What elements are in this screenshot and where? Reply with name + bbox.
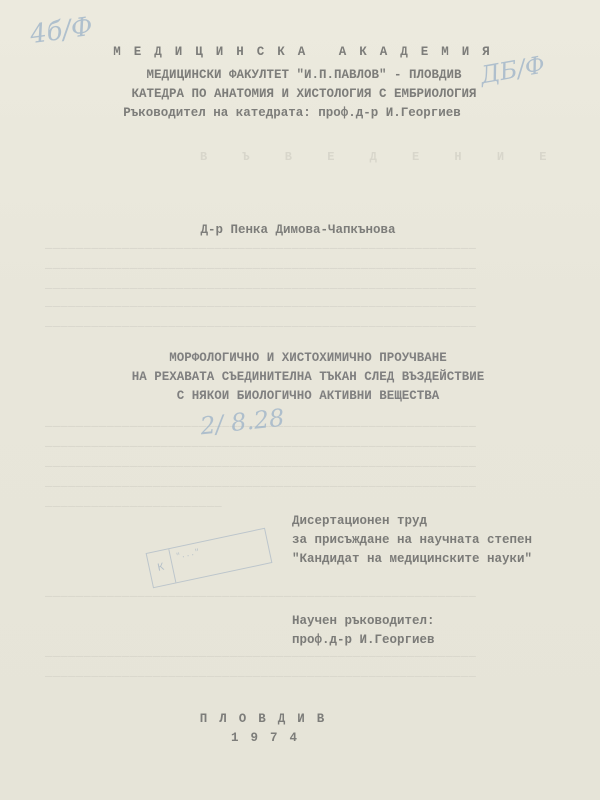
bleed-through-text: ────────────────────────────────────────…	[45, 300, 590, 314]
stamp-text: "..."	[175, 546, 201, 564]
year: 1974	[0, 731, 570, 745]
bleed-through-text: ────────────────────────────────────────…	[45, 320, 590, 334]
bleed-through-text: ────────────────────────────────────────…	[45, 480, 590, 494]
bleed-through-text: ────────────────────────────────────────…	[45, 262, 590, 276]
dissertation-purpose: за присъждане на научната степен	[292, 533, 532, 547]
bleed-through-text: ────────────────────────────────────────…	[45, 460, 590, 474]
faculty-heading: МЕДИЦИНСКИ ФАКУЛТЕТ "И.П.ПАВЛОВ" - ПЛОВД…	[4, 68, 600, 82]
dissertation-degree: "Кандидат на медицинските науки"	[292, 552, 532, 566]
bleed-through-text: ────────────────────────────────────────…	[45, 670, 590, 684]
bleed-through-text: ────────────────────────────────────────…	[45, 282, 590, 296]
library-stamp: К "..."	[146, 528, 273, 589]
dissertation-label: Дисертационен труд	[292, 514, 427, 528]
department-heading: КАТЕДРА ПО АНАТОМИЯ И ХИСТОЛОГИЯ С ЕМБРИ…	[4, 87, 600, 101]
title-line-1: МОРФОЛОГИЧНО И ХИСТОХИМИЧНО ПРОУЧВАНЕ	[8, 351, 600, 365]
handwritten-note-middle: 2/ 8.28	[199, 404, 286, 441]
document-page: В Ъ В Е Д Е Н И Е ──────────────────────…	[0, 0, 600, 800]
supervisor-label: Научен ръководител:	[292, 614, 435, 628]
bleed-through-text: ────────────────────────────────────────…	[45, 420, 590, 434]
supervisor-name: проф.д-р И.Георгиев	[292, 633, 435, 647]
academy-heading: МЕДИЦИНСКА АКАДЕМИЯ	[8, 45, 600, 59]
title-line-2: НА РЕХАВАТА СЪЕДИНИТЕЛНА ТЪКАН СЛЕД ВЪЗД…	[8, 370, 600, 384]
bleed-through-text: ───────────────────────	[45, 500, 590, 514]
bleed-through-text: ────────────────────────────────────────…	[45, 440, 590, 454]
author-name: Д-р Пенка Димова-Чапкънова	[0, 223, 598, 237]
bleed-through-text: ────────────────────────────────────────…	[45, 650, 590, 664]
city: ПЛОВДИВ	[0, 712, 568, 726]
bleed-through-text: ────────────────────────────────────────…	[45, 590, 590, 604]
stamp-letter: К	[147, 549, 177, 587]
bleed-through-heading: В Ъ В Е Д Е Н И Е	[200, 150, 600, 164]
bleed-through-text: ────────────────────────────────────────…	[45, 242, 590, 256]
title-line-3: С НЯКОИ БИОЛОГИЧНО АКТИВНИ ВЕЩЕСТВА	[8, 389, 600, 403]
department-head: Ръководител на катедрата: проф.д-р И.Гео…	[0, 106, 592, 120]
